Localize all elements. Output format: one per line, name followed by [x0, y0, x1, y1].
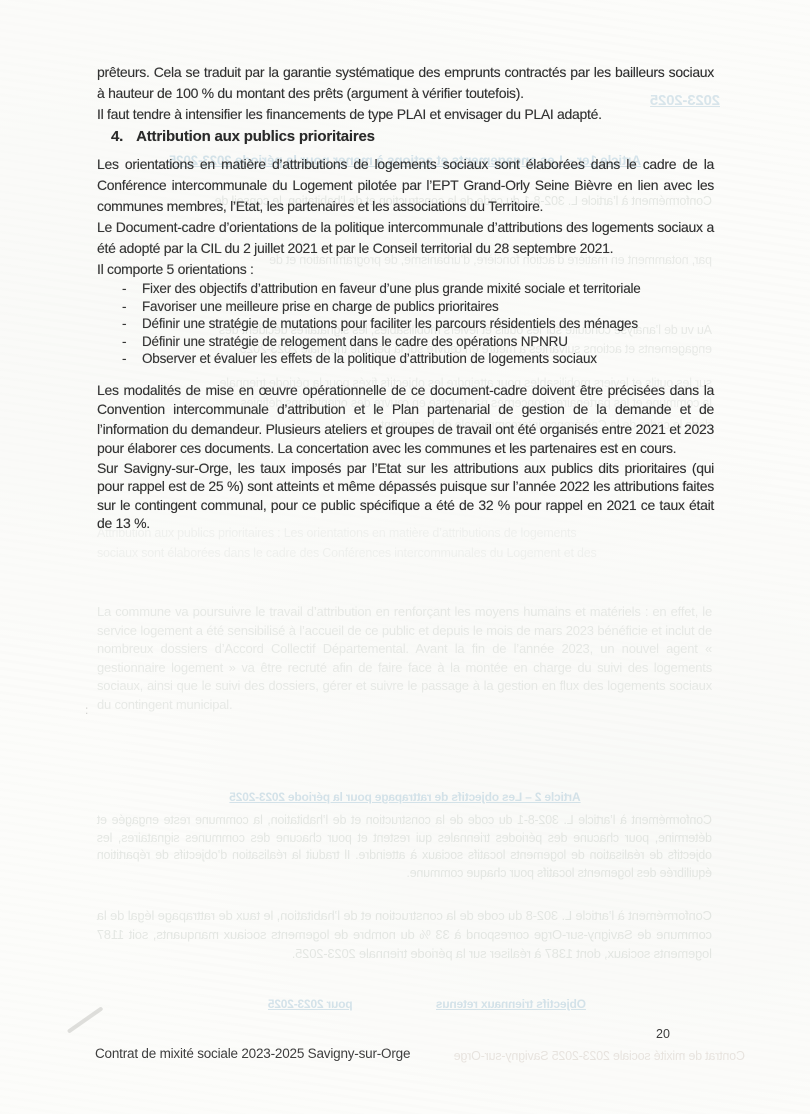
page-number: 20 — [656, 1027, 670, 1041]
bullet-text: Définir une stratégie de mutations pour … — [142, 315, 638, 333]
footer-text: Contrat de mixité sociale 2023-2025 Savi… — [95, 1046, 410, 1061]
bullet-dash: - — [122, 315, 142, 333]
list-item: - Observer et évaluer les effets de la p… — [122, 350, 714, 368]
bleedthrough-paragraph: Conformément à l’article L. 302-8-1 du c… — [97, 812, 712, 882]
list-item: - Favoriser une meilleure prise en charg… — [122, 298, 714, 316]
bullet-dash: - — [122, 298, 142, 316]
section-title: Attribution aux publics prioritaires — [136, 128, 375, 145]
bullet-dash: - — [122, 280, 142, 298]
section-heading: 4.Attribution aux publics prioritaires — [111, 125, 714, 148]
bleedthrough-objectifs-left: pour 2023-2025 — [268, 995, 353, 1014]
bullet-text: Favoriser une meilleure prise en charge … — [142, 298, 499, 316]
list-item: - Définir une stratégie de mutations pou… — [122, 315, 714, 333]
bullet-dash: - — [122, 333, 142, 351]
scan-dot-artifact: : — [85, 703, 88, 717]
bleedthrough-line: sociaux sont élaborées dans le cadre des… — [97, 544, 712, 563]
bleedthrough-article2-heading: Article 2 – Les objectifs de rattrapage … — [160, 788, 650, 807]
page-body: prêteurs. Cela se traduit par la garanti… — [97, 62, 714, 533]
bleedthrough-paragraph: Conformément à l’article L. 302-8 du cod… — [97, 906, 712, 963]
bullet-text: Fixer des objectifs d’attribution en fav… — [142, 280, 641, 298]
bleedthrough-paragraph: La commune va poursuivre le travail d’at… — [97, 603, 712, 714]
list-item: - Fixer des objectifs d’attribution en f… — [122, 280, 714, 298]
body-paragraph: Les modalités de mise en œuvre opération… — [97, 381, 714, 459]
document-page: 2023-2025 Article 1er – Les engagements … — [0, 0, 810, 1114]
bleedthrough-objectifs-right: Objectifs triennaux retenus — [436, 995, 586, 1014]
body-paragraph: Il comporte 5 orientations : — [97, 259, 714, 280]
body-paragraph: Les orientations en matière d’attributio… — [97, 154, 714, 217]
bullet-dash: - — [122, 350, 142, 368]
bullet-text: Définir une stratégie de relogement dans… — [142, 333, 568, 351]
body-paragraph: prêteurs. Cela se traduit par la garanti… — [97, 62, 714, 104]
body-paragraph: Il faut tendre à intensifier les finance… — [97, 104, 714, 125]
bleedthrough-footer: Contrat de mixité sociale 2023-2025 Savi… — [415, 1047, 745, 1066]
orientation-list: - Fixer des objectifs d’attribution en f… — [97, 280, 714, 368]
section-number: 4. — [111, 128, 123, 145]
list-item: - Définir une stratégie de relogement da… — [122, 333, 714, 351]
scan-streak-artifact — [67, 1006, 103, 1033]
bullet-text: Observer et évaluer les effets de la pol… — [142, 350, 597, 368]
body-paragraph: Sur Savigny-sur-Orge, les taux imposés p… — [97, 459, 714, 533]
body-paragraph: Le Document-cadre d’orientations de la p… — [97, 217, 714, 259]
